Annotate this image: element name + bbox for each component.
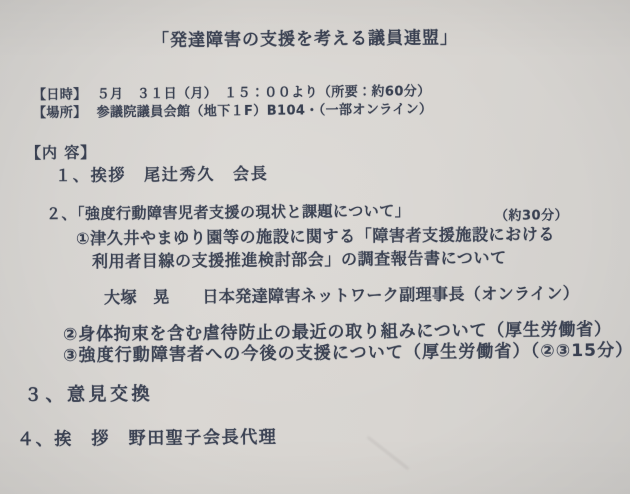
document-title: 「発達障害の支援を考える議員連盟」 [152, 23, 458, 51]
contents-heading: 【内 容】 [26, 141, 96, 163]
location-label: 【場所】 [33, 105, 87, 121]
agenda-item-2-detail-1-line-2: 利用者目線の支援推進検討部会」の調査報告書について [92, 245, 507, 272]
agenda-item-2-title: ２、「強度行動障害児者支援の現状と課題について」 [46, 200, 410, 224]
agenda-item-4-greeting: ４、挨 拶 野田聖子会長代理 [17, 423, 278, 450]
document-photo: 「発達障害の支援を考える議員連盟」 【日時】５月 ３１日（月） １５：００より（… [0, 0, 630, 494]
agenda-item-1-greeting: １、挨拶 尾辻秀久 会長 [55, 161, 269, 186]
paper-crease [367, 436, 409, 470]
location-value: 参議院議員会館（地下１F）B104・（一部オンライン） [97, 102, 433, 120]
meeting-location-line: 【場所】参議院議員会館（地下１F）B104・（一部オンライン） [33, 98, 433, 121]
agenda-item-2-speaker: 大塚 晃 日本発達障害ネットワーク副理事長（オンライン） [104, 280, 579, 308]
agenda-item-2-detail-3: ③強度行動障害者への今後の支援について（厚生労働省）（②③15分） [63, 336, 630, 366]
agenda-item-3-discussion: ３、意見交換 [24, 380, 153, 407]
